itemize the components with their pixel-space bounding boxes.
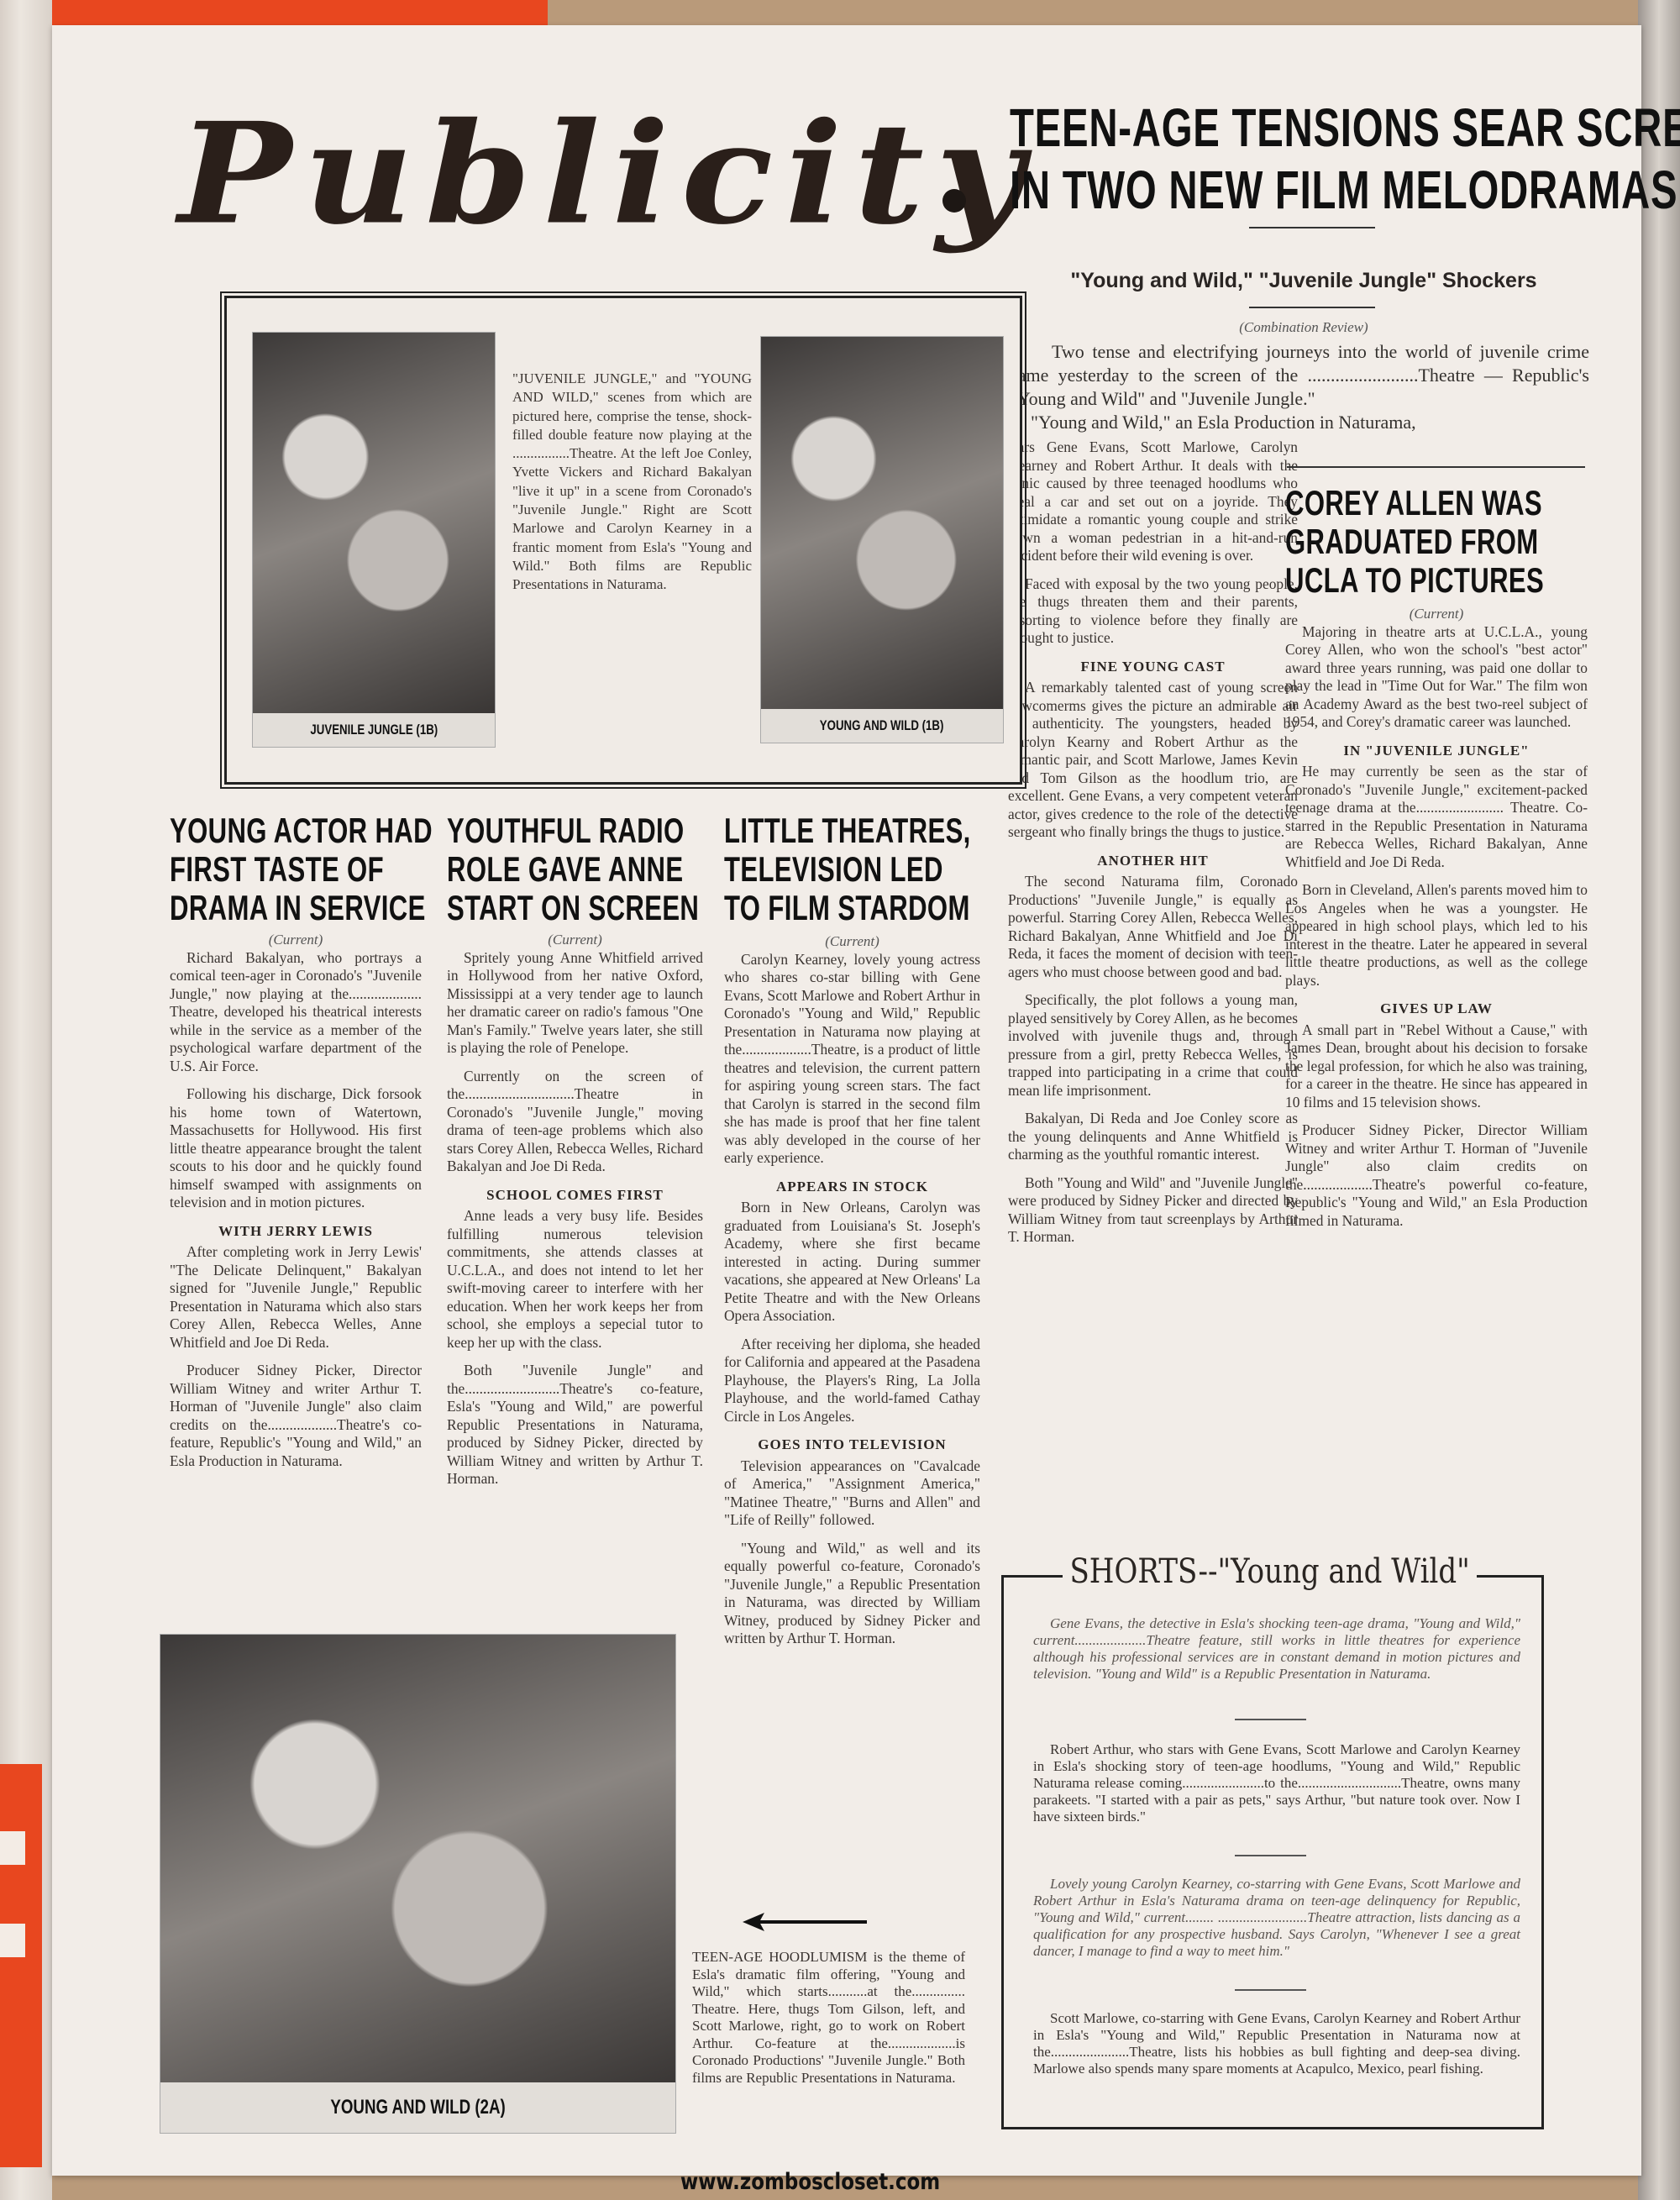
left-red-tab (0, 1764, 42, 2167)
young-and-wild-large-photo: YOUNG AND WILD (2A) (160, 1634, 676, 2134)
subsection-heading: GIVES UP LAW (1285, 1000, 1588, 1018)
footer-url: www.zomboscloset.com (680, 2169, 940, 2195)
bullet-dot-icon (942, 189, 966, 213)
juvenile-jungle-photo: JUVENILE JUNGLE (1B) (252, 332, 496, 748)
subsection-heading: WITH JERRY LEWIS (170, 1222, 422, 1241)
subsection-heading: GOES INTO TELEVISION (724, 1436, 980, 1454)
young-and-wild-photo: YOUNG AND WILD (1B) (760, 336, 1004, 743)
subsection-heading: SCHOOL COMES FIRST (447, 1186, 703, 1205)
section-title: Publicity (178, 92, 1036, 255)
shorts-box: SHORTS--"Young and Wild" Gene Evans, the… (1001, 1575, 1544, 2129)
main-story-column: stars Gene Evans, Scott Marlowe, Carolyn… (1008, 438, 1298, 1257)
corey-headline: COREY ALLEN WAS GRADUATED FROM UCLA TO P… (1285, 486, 1544, 601)
main-headline: TEEN-AGE TENSIONS SEAR SCREEN IN TWO NEW… (1010, 101, 1680, 225)
divider (1249, 307, 1375, 308)
divider (1287, 466, 1585, 468)
short-item: Scott Marlowe, co-starring with Gene Eva… (1033, 2010, 1520, 2077)
photo-box: JUVENILE JUNGLE (1B) "JUVENILE JUNGLE," … (224, 296, 1022, 785)
photo-box-caption: "JUVENILE JUNGLE," and "YOUNG AND WILD,"… (512, 370, 752, 595)
subsection-heading: FINE YOUNG CAST (1008, 658, 1298, 676)
bakalyan-story-column: (Current) Richard Bakalyan, who portrays… (170, 931, 422, 1480)
subsection-heading: IN "JUVENILE JUNGLE" (1285, 742, 1588, 760)
divider (1235, 1855, 1306, 1856)
arrow-left-icon (743, 1911, 869, 1933)
carolyn-headline: LITTLE THEATRES, TELEVISION LED TO FILM … (724, 813, 971, 929)
short-item: Gene Evans, the detective in Esla's shoc… (1033, 1615, 1520, 1683)
divider (1249, 227, 1375, 228)
divider (1235, 1989, 1306, 1991)
divider (1235, 1719, 1306, 1720)
pressbook-page: Publicity TEEN-AGE TENSIONS SEAR SCREEN … (52, 25, 1641, 2176)
short-item: Robert Arthur, who stars with Gene Evans… (1033, 1741, 1520, 1825)
anne-headline: YOUTHFUL RADIO ROLE GAVE ANNE START ON S… (447, 813, 699, 929)
large-photo-caption: TEEN-AGE HOODLUMISM is the theme of Esla… (692, 1949, 965, 2087)
main-lead: Two tense and electrifying journeys into… (1010, 340, 1589, 434)
bakalyan-headline: YOUNG ACTOR HAD FIRST TASTE OF DRAMA IN … (170, 813, 433, 929)
subsection-heading: APPEARS IN STOCK (724, 1178, 980, 1196)
short-item: Lovely young Carolyn Kearney, co-starrin… (1033, 1876, 1520, 1960)
right-page-edge (1638, 0, 1680, 2200)
corey-story-column: (Current) Majoring in theatre arts at U.… (1285, 605, 1588, 1240)
shorts-title: SHORTS--"Young and Wild" (1063, 1552, 1477, 1591)
anne-story-column: (Current) Spritely young Anne Whitfield … (447, 931, 703, 1499)
main-subhead: "Young and Wild," "Juvenile Jungle" Shoc… (1010, 269, 1598, 293)
subsection-heading: ANOTHER HIT (1008, 852, 1298, 870)
carolyn-story-column: (Current) Carolyn Kearney, lovely young … (724, 932, 980, 1658)
main-dateline: (Combination Review) (1010, 319, 1598, 336)
